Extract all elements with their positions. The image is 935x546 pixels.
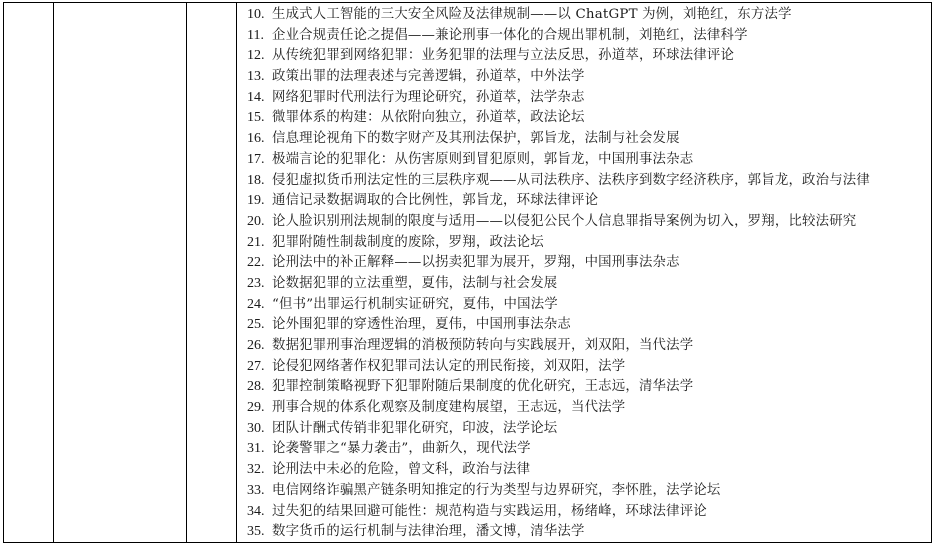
reference-text: 犯罪控制策略视野下犯罪附随后果制度的优化研究，王志远，清华法学 (272, 377, 693, 398)
reference-number: 33. (247, 481, 272, 502)
reference-item: 22. 论刑法中的补正解释——以拐卖犯罪为展开，罗翔，中国刑事法杂志 (247, 253, 931, 274)
reference-text: 论数据犯罪的立法重塑，夏伟，法制与社会发展 (272, 274, 557, 295)
reference-number: 15. (247, 108, 272, 129)
reference-text: “但书”出罪运行机制实证研究，夏伟，中国法学 (272, 295, 558, 316)
reference-text: 极端言论的犯罪化：从伤害原则到冒犯原则，郭旨龙，中国刑事法杂志 (272, 150, 693, 171)
reference-item: 31. 论袭警罪之“暴力袭击”，曲新久，现代法学 (247, 439, 931, 460)
reference-text: 侵犯虚拟货币刑法定性的三层秩序观——从司法秩序、法秩序到数字经济秩序，郭旨龙，政… (272, 171, 870, 192)
reference-number: 21. (247, 233, 272, 254)
reference-item: 11. 企业合规责任论之提倡——兼论刑事一体化的合规出罪机制，刘艳红，法律科学 (247, 26, 931, 47)
reference-text: 从传统犯罪到网络犯罪：业务犯罪的法理与立法反思，孙道萃，环球法律评论 (272, 46, 734, 67)
reference-text: 犯罪附随性制裁制度的废除，罗翔，政法论坛 (272, 233, 544, 254)
reference-item: 35. 数字货币的运行机制与法律治理，潘文博，清华法学 (247, 522, 931, 543)
reference-text: 论袭警罪之“暴力袭击”，曲新久，现代法学 (272, 439, 531, 460)
reference-item: 28. 犯罪控制策略视野下犯罪附随后果制度的优化研究，王志远，清华法学 (247, 377, 931, 398)
reference-item: 20. 论人脸识别刑法规制的限度与适用——以侵犯公民个人信息罪指导案例为切入，罗… (247, 212, 931, 233)
reference-text: 论刑法中的补正解释——以拐卖犯罪为展开，罗翔，中国刑事法杂志 (272, 253, 680, 274)
reference-item: 24. “但书”出罪运行机制实证研究，夏伟，中国法学 (247, 295, 931, 316)
reference-item: 12. 从传统犯罪到网络犯罪：业务犯罪的法理与立法反思，孙道萃，环球法律评论 (247, 46, 931, 67)
reference-text: 信息理论视角下的数字财产及其刑法保护，郭旨龙，法制与社会发展 (272, 129, 680, 150)
reference-item: 29. 刑事合规的体系化观察及制度建构展望，王志远，当代法学 (247, 398, 931, 419)
reference-number: 10. (247, 5, 272, 26)
table-column-2-empty (54, 3, 187, 542)
reference-text: 政策出罪的法理表述与完善逻辑，孙道萃，中外法学 (272, 67, 585, 88)
reference-number: 26. (247, 336, 272, 357)
reference-text: 通信记录数据调取的合比例性，郭旨龙，环球法律评论 (272, 191, 598, 212)
reference-number: 24. (247, 295, 272, 316)
reference-number: 30. (247, 419, 272, 440)
reference-number: 11. (247, 26, 272, 47)
reference-text: 过失犯的结果回避可能性：规范构造与实践运用，杨绪峰，环球法律评论 (272, 502, 707, 523)
reference-number: 14. (247, 88, 272, 109)
reference-number: 25. (247, 315, 272, 336)
reference-number: 16. (247, 129, 272, 150)
reference-text: 网络犯罪时代刑法行为理论研究，孙道萃，法学杂志 (272, 88, 585, 109)
reference-text: 数字货币的运行机制与法律治理，潘文博，清华法学 (272, 522, 585, 543)
reference-item: 21. 犯罪附随性制裁制度的废除，罗翔，政法论坛 (247, 233, 931, 254)
reference-item: 17. 极端言论的犯罪化：从伤害原则到冒犯原则，郭旨龙，中国刑事法杂志 (247, 150, 931, 171)
reference-text: 论刑法中未必的危险，曾文科，政治与法律 (272, 460, 530, 481)
reference-item: 32. 论刑法中未必的危险，曾文科，政治与法律 (247, 460, 931, 481)
reference-item: 14. 网络犯罪时代刑法行为理论研究，孙道萃，法学杂志 (247, 88, 931, 109)
reference-item: 13. 政策出罪的法理表述与完善逻辑，孙道萃，中外法学 (247, 67, 931, 88)
reference-number: 32. (247, 460, 272, 481)
table-column-references: 10. 生成式人工智能的三大安全风险及法律规制——以 ChatGPT 为例，刘艳… (237, 3, 931, 542)
reference-text: 团队计酬式传销非犯罪化研究，印波，法学论坛 (272, 419, 557, 440)
reference-item: 30. 团队计酬式传销非犯罪化研究，印波，法学论坛 (247, 419, 931, 440)
reference-item: 34. 过失犯的结果回避可能性：规范构造与实践运用，杨绪峰，环球法律评论 (247, 502, 931, 523)
reference-item: 27. 论侵犯网络著作权犯罪司法认定的刑民衔接，刘双阳，法学 (247, 357, 931, 378)
reference-number: 27. (247, 357, 272, 378)
reference-text: 企业合规责任论之提倡——兼论刑事一体化的合规出罪机制，刘艳红，法律科学 (272, 26, 748, 47)
reference-text: 生成式人工智能的三大安全风险及法律规制——以 ChatGPT 为例，刘艳红，东方… (272, 5, 792, 26)
reference-number: 20. (247, 212, 272, 233)
reference-item: 26. 数据犯罪刑事治理逻辑的消极预防转向与实践展开，刘双阳，当代法学 (247, 336, 931, 357)
reference-number: 34. (247, 502, 272, 523)
reference-item: 18. 侵犯虚拟货币刑法定性的三层秩序观——从司法秩序、法秩序到数字经济秩序，郭… (247, 171, 931, 192)
reference-item: 33. 电信网络诈骗黑产链条明知推定的行为类型与边界研究，李怀胜，法学论坛 (247, 481, 931, 502)
reference-number: 12. (247, 46, 272, 67)
reference-number: 13. (247, 67, 272, 88)
reference-text: 论侵犯网络著作权犯罪司法认定的刑民衔接，刘双阳，法学 (272, 357, 625, 378)
table-column-1-empty (4, 3, 54, 542)
reference-number: 23. (247, 274, 272, 295)
reference-number: 35. (247, 522, 272, 543)
reference-table: 10. 生成式人工智能的三大安全风险及法律规制——以 ChatGPT 为例，刘艳… (3, 2, 932, 543)
reference-item: 15. 微罪体系的构建：从依附向独立，孙道萃，政法论坛 (247, 108, 931, 129)
reference-number: 22. (247, 253, 272, 274)
reference-item: 19. 通信记录数据调取的合比例性，郭旨龙，环球法律评论 (247, 191, 931, 212)
reference-list: 10. 生成式人工智能的三大安全风险及法律规制——以 ChatGPT 为例，刘艳… (247, 5, 931, 543)
reference-text: 电信网络诈骗黑产链条明知推定的行为类型与边界研究，李怀胜，法学论坛 (272, 481, 721, 502)
reference-number: 19. (247, 191, 272, 212)
reference-number: 18. (247, 171, 272, 192)
reference-text: 论外围犯罪的穿透性治理，夏伟，中国刑事法杂志 (272, 315, 571, 336)
reference-text: 数据犯罪刑事治理逻辑的消极预防转向与实践展开，刘双阳，当代法学 (272, 336, 693, 357)
reference-item: 23. 论数据犯罪的立法重塑，夏伟，法制与社会发展 (247, 274, 931, 295)
reference-text: 微罪体系的构建：从依附向独立，孙道萃，政法论坛 (272, 108, 585, 129)
reference-number: 29. (247, 398, 272, 419)
reference-item: 10. 生成式人工智能的三大安全风险及法律规制——以 ChatGPT 为例，刘艳… (247, 5, 931, 26)
reference-number: 28. (247, 377, 272, 398)
reference-item: 25. 论外围犯罪的穿透性治理，夏伟，中国刑事法杂志 (247, 315, 931, 336)
reference-number: 31. (247, 439, 272, 460)
document-page: 10. 生成式人工智能的三大安全风险及法律规制——以 ChatGPT 为例，刘艳… (0, 0, 935, 546)
reference-text: 论人脸识别刑法规制的限度与适用——以侵犯公民个人信息罪指导案例为切入，罗翔，比较… (272, 212, 856, 233)
reference-item: 16. 信息理论视角下的数字财产及其刑法保护，郭旨龙，法制与社会发展 (247, 129, 931, 150)
table-column-3-empty (187, 3, 237, 542)
reference-text: 刑事合规的体系化观察及制度建构展望，王志远，当代法学 (272, 398, 625, 419)
reference-number: 17. (247, 150, 272, 171)
